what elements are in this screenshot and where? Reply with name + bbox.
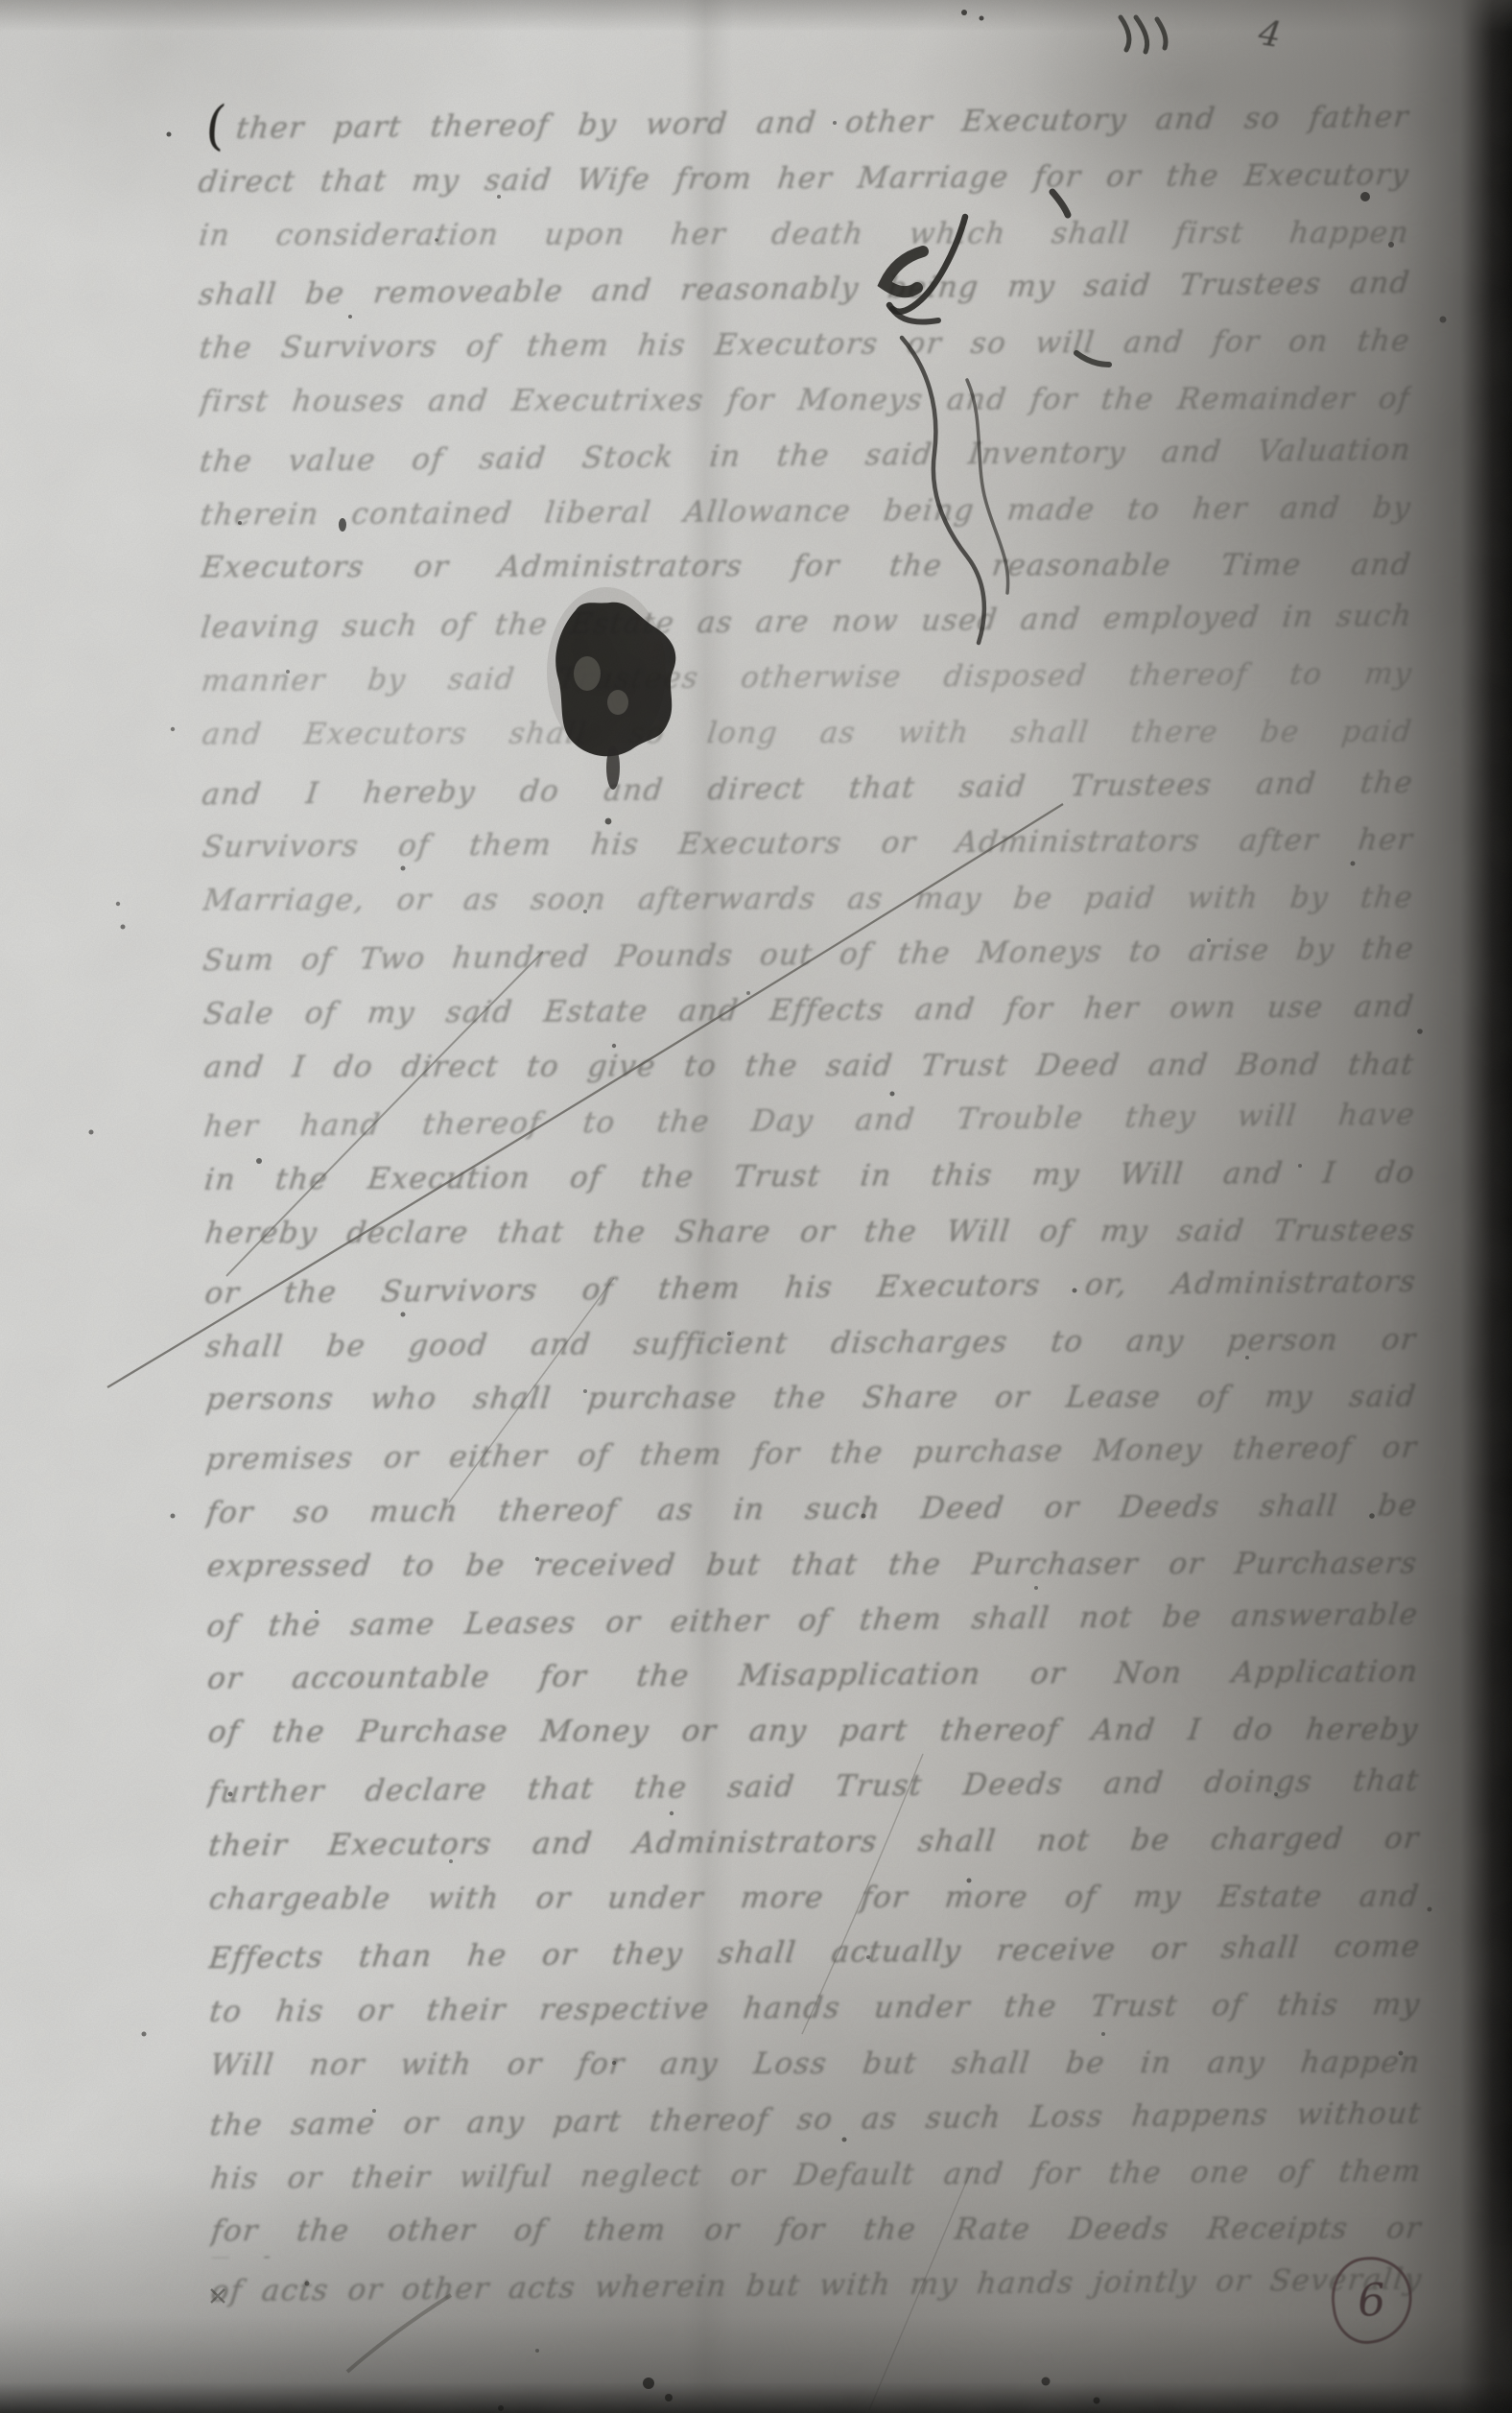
manuscript-line: persons who shall purchase the Share or … — [203, 1378, 1419, 1427]
manuscript-line: her hand thereof to the Day and Trouble … — [201, 1096, 1417, 1154]
manuscript-line: of the Purchase Money or any part thereo… — [205, 1711, 1421, 1760]
manuscript-line: for so much thereof as in such Deed or D… — [203, 1486, 1420, 1540]
manuscript-line: of acts or other acts wherein but with m… — [208, 2260, 1425, 2319]
manuscript-line: his or their wilful neglect or Default a… — [207, 2152, 1424, 2206]
manuscript-line: chargeable with or under more for more o… — [206, 1877, 1422, 1926]
manuscript-line: manner by said Trustees otherwise dispos… — [199, 654, 1415, 708]
manuscript-line: Executors or Administrators for the reas… — [198, 546, 1413, 595]
manuscript-line: to his or their respective hands under t… — [206, 1985, 1423, 2039]
manuscript-line: Effects than he or they shall actually r… — [206, 1928, 1423, 1986]
manuscript-line: the Survivors of them his Executors or s… — [197, 321, 1413, 375]
manuscript-line: in the Execution of the Trust in this my… — [201, 1153, 1418, 1207]
manuscript-line: and I hereby do and direct that said Tru… — [199, 763, 1415, 821]
manuscript-line: further declare that the said Trust Deed… — [205, 1762, 1422, 1820]
manuscript-line: for the other of them or for the Rate De… — [208, 2210, 1424, 2259]
folio-number-text: 6 — [1357, 2273, 1388, 2327]
manuscript-line: and Executors shall so long as with shal… — [199, 713, 1414, 762]
manuscript-line: therein contained liberal Allowance bein… — [198, 488, 1414, 542]
manuscript-line: first houses and Executrixes for Moneys … — [197, 380, 1412, 429]
manuscript-line: Sale of my said Estate and Effects and f… — [201, 987, 1417, 1041]
manuscript-line: their Executors and Administrators shall… — [205, 1819, 1422, 1873]
manuscript-line: expressed to be received but that the Pu… — [204, 1544, 1420, 1593]
manuscript-line: Will nor with or for any Loss but shall … — [207, 2044, 1423, 2093]
manuscript-line: Sum of Two hundred Pounds out of the Mon… — [200, 930, 1416, 988]
manuscript-line: or the Survivors of them his Executors o… — [202, 1263, 1419, 1321]
manuscript-line: premises or either of them for the purch… — [203, 1429, 1420, 1487]
manuscript-line: hereby declare that the Share or the Wil… — [202, 1212, 1418, 1261]
manuscript-line: of the same Leases or either of them sha… — [204, 1595, 1421, 1653]
manuscript-line: ther part thereof by word and other Exec… — [233, 98, 1411, 155]
manuscript-line: leaving such of the Estate as are now us… — [198, 597, 1414, 655]
manuscript-line: the same or any part thereof so as such … — [207, 2094, 1424, 2153]
manuscript-line: and I do direct to give to the said Trus… — [201, 1045, 1416, 1094]
manuscript-line: in consideration upon her death which sh… — [196, 213, 1411, 262]
manuscript-line: Survivors of them his Executors or Admin… — [200, 821, 1416, 875]
manuscript-line: direct that my said Wife from her Marria… — [196, 155, 1412, 209]
manuscript-line: Marriage, or as soon afterwards as may b… — [200, 879, 1415, 928]
manuscript-line: shall be removeable and reasonably being… — [196, 264, 1412, 322]
manuscript-line: or accountable for the Misapplication or… — [204, 1653, 1421, 1707]
handwritten-text-block: ther part thereof by word and other Exec… — [0, 0, 1512, 2413]
manuscript-line: shall be good and sufficient discharges … — [202, 1320, 1419, 1374]
scanned-manuscript-page: ther part thereof by word and other Exec… — [0, 0, 1512, 2413]
manuscript-line: the value of said Stock in the said Inve… — [197, 431, 1413, 489]
